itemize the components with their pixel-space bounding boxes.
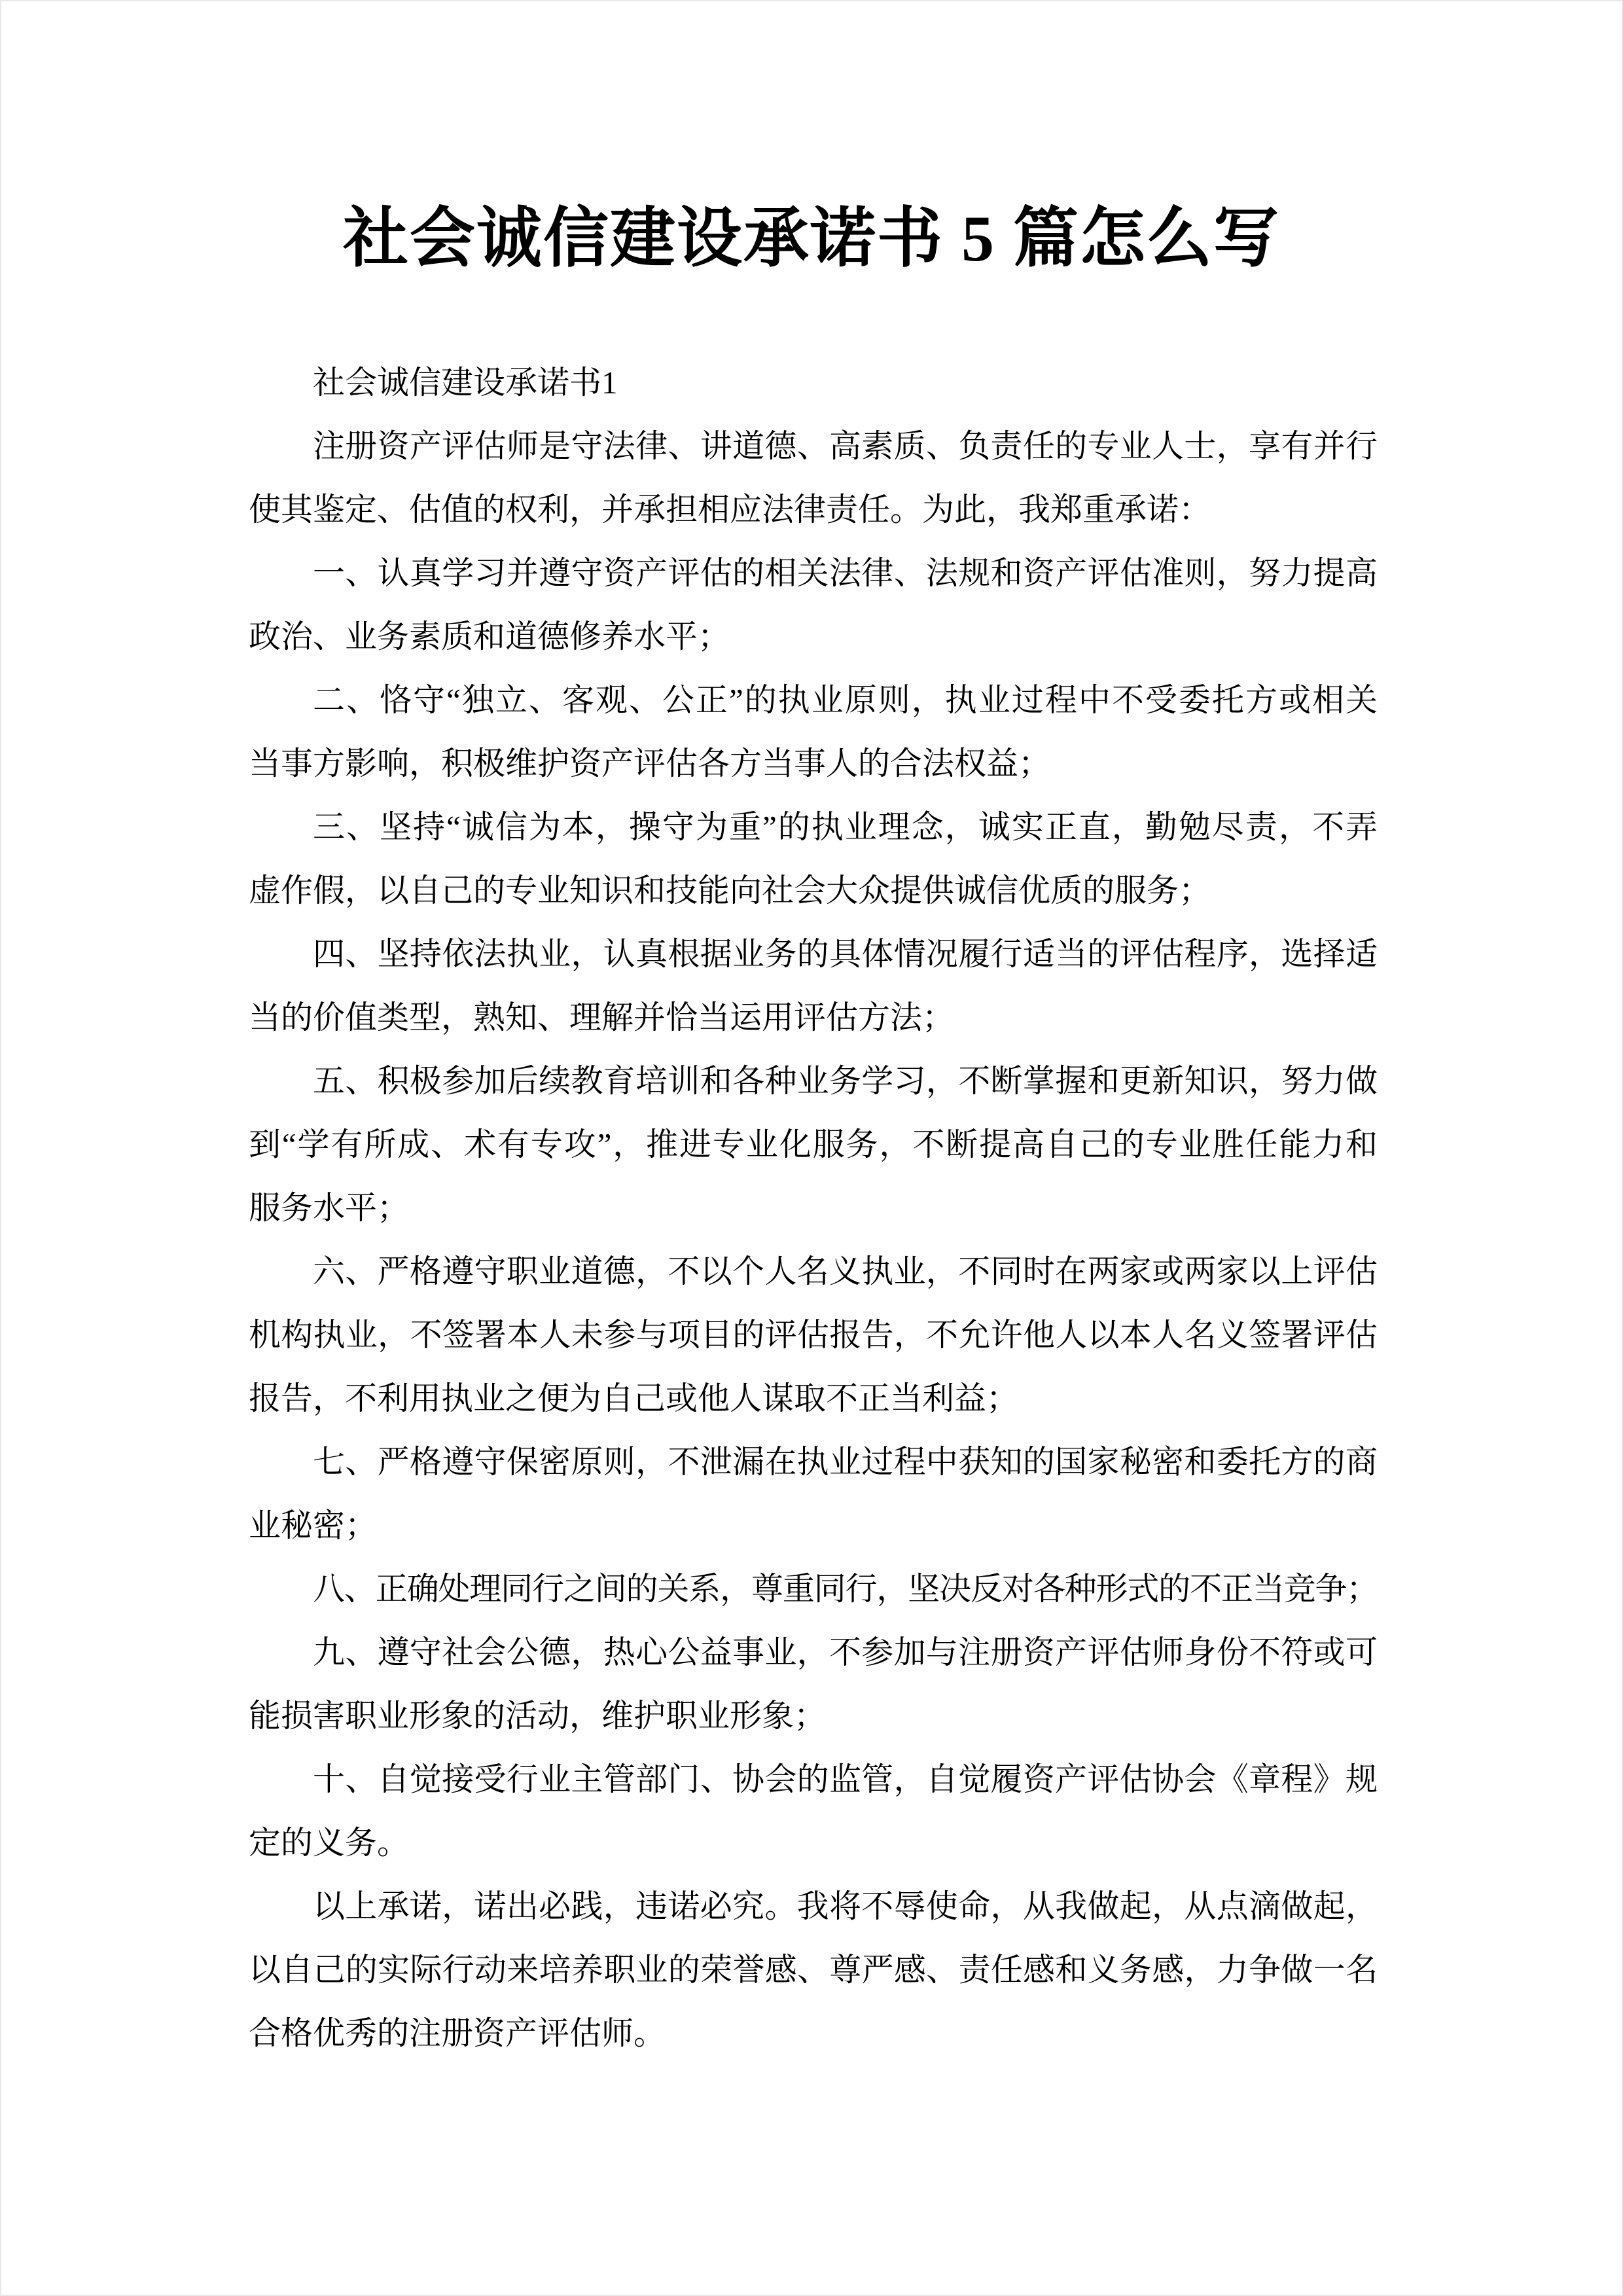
paragraph: 注册资产评估师是守法律、讲道德、高素质、负责任的专业人士，享有并行使其鉴定、估值… xyxy=(249,414,1378,541)
paragraph: 以上承诺，诺出必践，违诺必究。我将不辱使命，从我做起，从点滴做起，以自己的实际行… xyxy=(249,1874,1378,2065)
text-line: 三、坚持“诚信为本，操守为重”的执业理念，诚实正直，勤勉尽责，不弄 xyxy=(249,795,1378,859)
paragraph: 一、认真学习并遵守资产评估的相关法律、法规和资产评估准则，努力提高政治、业务素质… xyxy=(249,541,1378,668)
text-line: 政治、业务素质和道德修养水平； xyxy=(249,605,1378,668)
text-line: 业秘密； xyxy=(249,1494,1378,1557)
text-line: 五、积极参加后续教育培训和各种业务学习，不断掌握和更新知识，努力做 xyxy=(249,1049,1378,1113)
text-line: 七、严格遵守保密原则，不泄漏在执业过程中获知的国家秘密和委托方的商 xyxy=(249,1430,1378,1494)
paragraph: 五、积极参加后续教育培训和各种业务学习，不断掌握和更新知识，努力做到“学有所成、… xyxy=(249,1049,1378,1240)
text-line: 九、遵守社会公德，热心公益事业，不参加与注册资产评估师身份不符或可 xyxy=(249,1621,1378,1684)
document-body: 社会诚信建设承诺书1注册资产评估师是守法律、讲道德、高素质、负责任的专业人士，享… xyxy=(249,351,1378,2065)
paragraph: 四、坚持依法执业，认真根据业务的具体情况履行适当的评估程序，选择适当的价值类型，… xyxy=(249,922,1378,1049)
text-line: 四、坚持依法执业，认真根据业务的具体情况履行适当的评估程序，选择适 xyxy=(249,922,1378,986)
paragraph: 十、自觉接受行业主管部门、协会的监管，自觉履资产评估协会《章程》规定的义务。 xyxy=(249,1748,1378,1874)
paragraph: 社会诚信建设承诺书1 xyxy=(249,351,1378,414)
text-line: 到“学有所成、术有专攻”，推进专业化服务，不断提高自己的专业胜任能力和 xyxy=(249,1113,1378,1176)
paragraph: 六、严格遵守职业道德，不以个人名义执业，不同时在两家或两家以上评估机构执业，不签… xyxy=(249,1240,1378,1430)
text-line: 服务水平； xyxy=(249,1176,1378,1240)
text-line: 当事方影响，积极维护资产评估各方当事人的合法权益； xyxy=(249,732,1378,795)
text-line: 社会诚信建设承诺书1 xyxy=(249,351,1378,414)
paragraph: 八、正确处理同行之间的关系，尊重同行，坚决反对各种形式的不正当竞争； xyxy=(249,1557,1378,1621)
text-line: 二、恪守“独立、客观、公正”的执业原则，执业过程中不受委托方或相关 xyxy=(249,668,1378,732)
text-line: 虚作假，以自己的专业知识和技能向社会大众提供诚信优质的服务； xyxy=(249,859,1378,922)
text-line: 注册资产评估师是守法律、讲道德、高素质、负责任的专业人士，享有并行 xyxy=(249,414,1378,478)
text-line: 一、认真学习并遵守资产评估的相关法律、法规和资产评估准则，努力提高 xyxy=(249,541,1378,605)
document-page[interactable]: 社会诚信建设承诺书 5 篇怎么写 社会诚信建设承诺书1注册资产评估师是守法律、讲… xyxy=(0,0,1623,2296)
paragraph: 九、遵守社会公德，热心公益事业，不参加与注册资产评估师身份不符或可能损害职业形象… xyxy=(249,1621,1378,1748)
text-line: 定的义务。 xyxy=(249,1811,1378,1874)
text-line: 八、正确处理同行之间的关系，尊重同行，坚决反对各种形式的不正当竞争； xyxy=(249,1557,1378,1621)
paragraph: 三、坚持“诚信为本，操守为重”的执业理念，诚实正直，勤勉尽责，不弄虚作假，以自己… xyxy=(249,795,1378,922)
text-line: 以上承诺，诺出必践，违诺必究。我将不辱使命，从我做起，从点滴做起， xyxy=(249,1874,1378,1938)
text-line: 使其鉴定、估值的权利，并承担相应法律责任。为此，我郑重承诺： xyxy=(249,478,1378,541)
text-line: 报告，不利用执业之便为自己或他人谋取不正当利益； xyxy=(249,1367,1378,1430)
text-line: 合格优秀的注册资产评估师。 xyxy=(249,2001,1378,2065)
text-line: 能损害职业形象的活动，维护职业形象； xyxy=(249,1684,1378,1748)
text-line: 以自己的实际行动来培养职业的荣誉感、尊严感、责任感和义务感，力争做一名 xyxy=(249,1938,1378,2001)
text-line: 十、自觉接受行业主管部门、协会的监管，自觉履资产评估协会《章程》规 xyxy=(249,1748,1378,1811)
paragraph: 二、恪守“独立、客观、公正”的执业原则，执业过程中不受委托方或相关当事方影响，积… xyxy=(249,668,1378,795)
text-line: 当的价值类型，熟知、理解并恰当运用评估方法； xyxy=(249,986,1378,1049)
text-line: 六、严格遵守职业道德，不以个人名义执业，不同时在两家或两家以上评估 xyxy=(249,1240,1378,1303)
document-title: 社会诚信建设承诺书 5 篇怎么写 xyxy=(1,187,1622,291)
paragraph: 七、严格遵守保密原则，不泄漏在执业过程中获知的国家秘密和委托方的商业秘密； xyxy=(249,1430,1378,1557)
text-line: 机构执业，不签署本人未参与项目的评估报告，不允许他人以本人名义签署评估 xyxy=(249,1303,1378,1367)
